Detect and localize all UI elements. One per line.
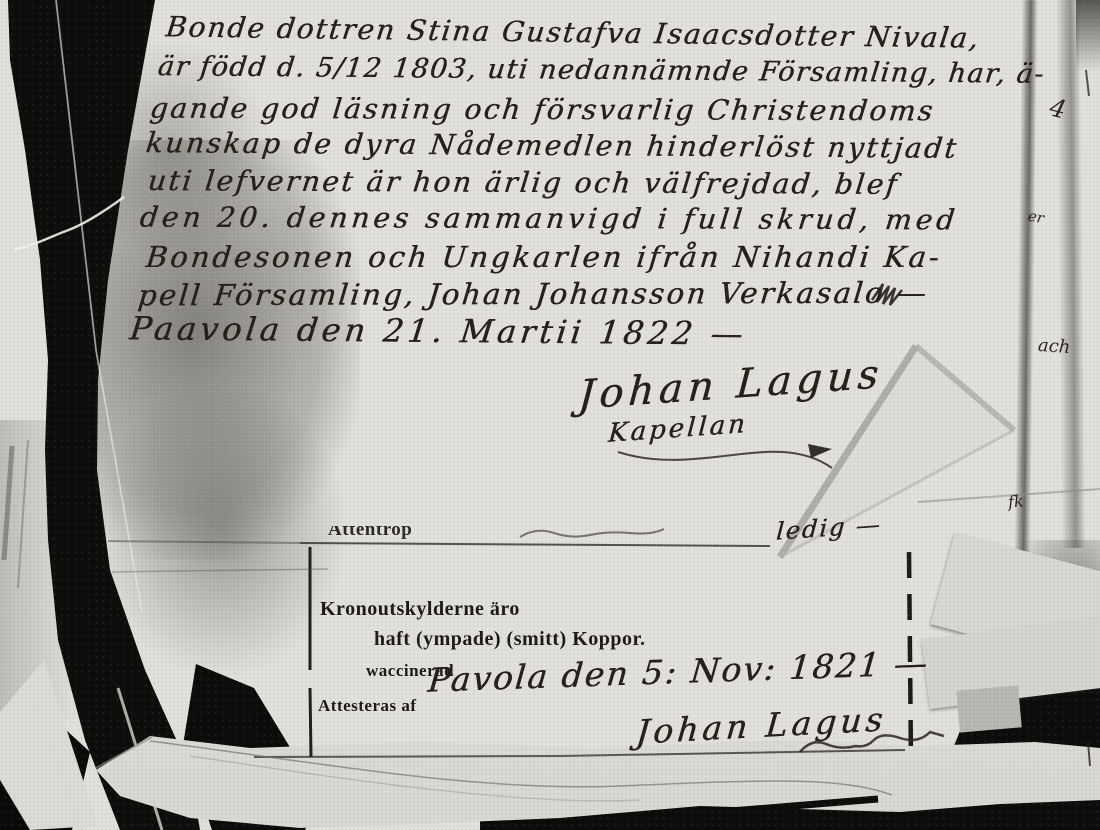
slip-faint-rule [112,569,328,572]
handwriting-line-6: den 20. dennes sammanvigd i full skrud, … [138,201,960,237]
folded-corner-edge-right [916,346,1014,430]
gray-streak-1 [4,446,12,560]
handwriting-line-4: kunskap de dyra Nådemedlen hinderlöst ny… [144,126,960,165]
slip-printed-line-1: Kronoutskylderne äro [320,598,520,621]
handwriting-line-1: Bonde dottren Stina Gustafva Isaacsdotte… [164,10,982,54]
faded-scribble [520,529,664,537]
edge-fragment-ach: ach [1037,335,1071,358]
cut-printed-word-clip: Attentrop [328,526,528,546]
slip-handwritten-date: Pavola den 5: Nov: 1821 — [426,643,930,700]
scanned-document-photo: Bonde dottren Stina Gustafva Isaacsdotte… [0,0,1100,830]
handwriting-line-2: är född d. 5/12 1803, uti nedannämnde Fö… [156,51,1046,90]
signature-flourish [618,452,832,468]
cut-handwritten-fragment: ledig — [775,510,883,546]
slip-printed-line-4: Attesteras af [318,696,417,716]
handwriting-line-3: gande god läsning och försvarlig Christe… [148,92,936,128]
handwriting-dateline: Paavola den 21. Martii 1822 — [128,309,749,352]
arrow-ink-mark [808,444,832,458]
signature-johan-lagus: Johan Lagus [577,351,885,419]
top-right-corner-shadow [1076,0,1100,72]
slip-top-rule-faint [108,541,300,543]
right-margin-tick [1086,70,1089,96]
handwriting-line-7: Bondesonen och Ungkarlen ifrån Nihandi K… [144,240,943,274]
handwriting-line-5: uti lefvernet är hon ärlig och välfrejda… [146,164,900,201]
cut-printed-word: Attentrop [328,526,528,541]
paper-scrap-3 [956,685,1021,732]
gray-streak-2 [18,440,28,588]
edge-fragment-er: er [1027,207,1046,228]
slip-printed-line-2: haft (ympade) (smitt) Koppor. [374,628,646,651]
handwriting-line-8: pell Församling, Johan Johansson Verkasa… [136,276,930,313]
page-fold-line-right [1056,0,1086,548]
edge-fragment-fk: fk [1007,491,1024,511]
